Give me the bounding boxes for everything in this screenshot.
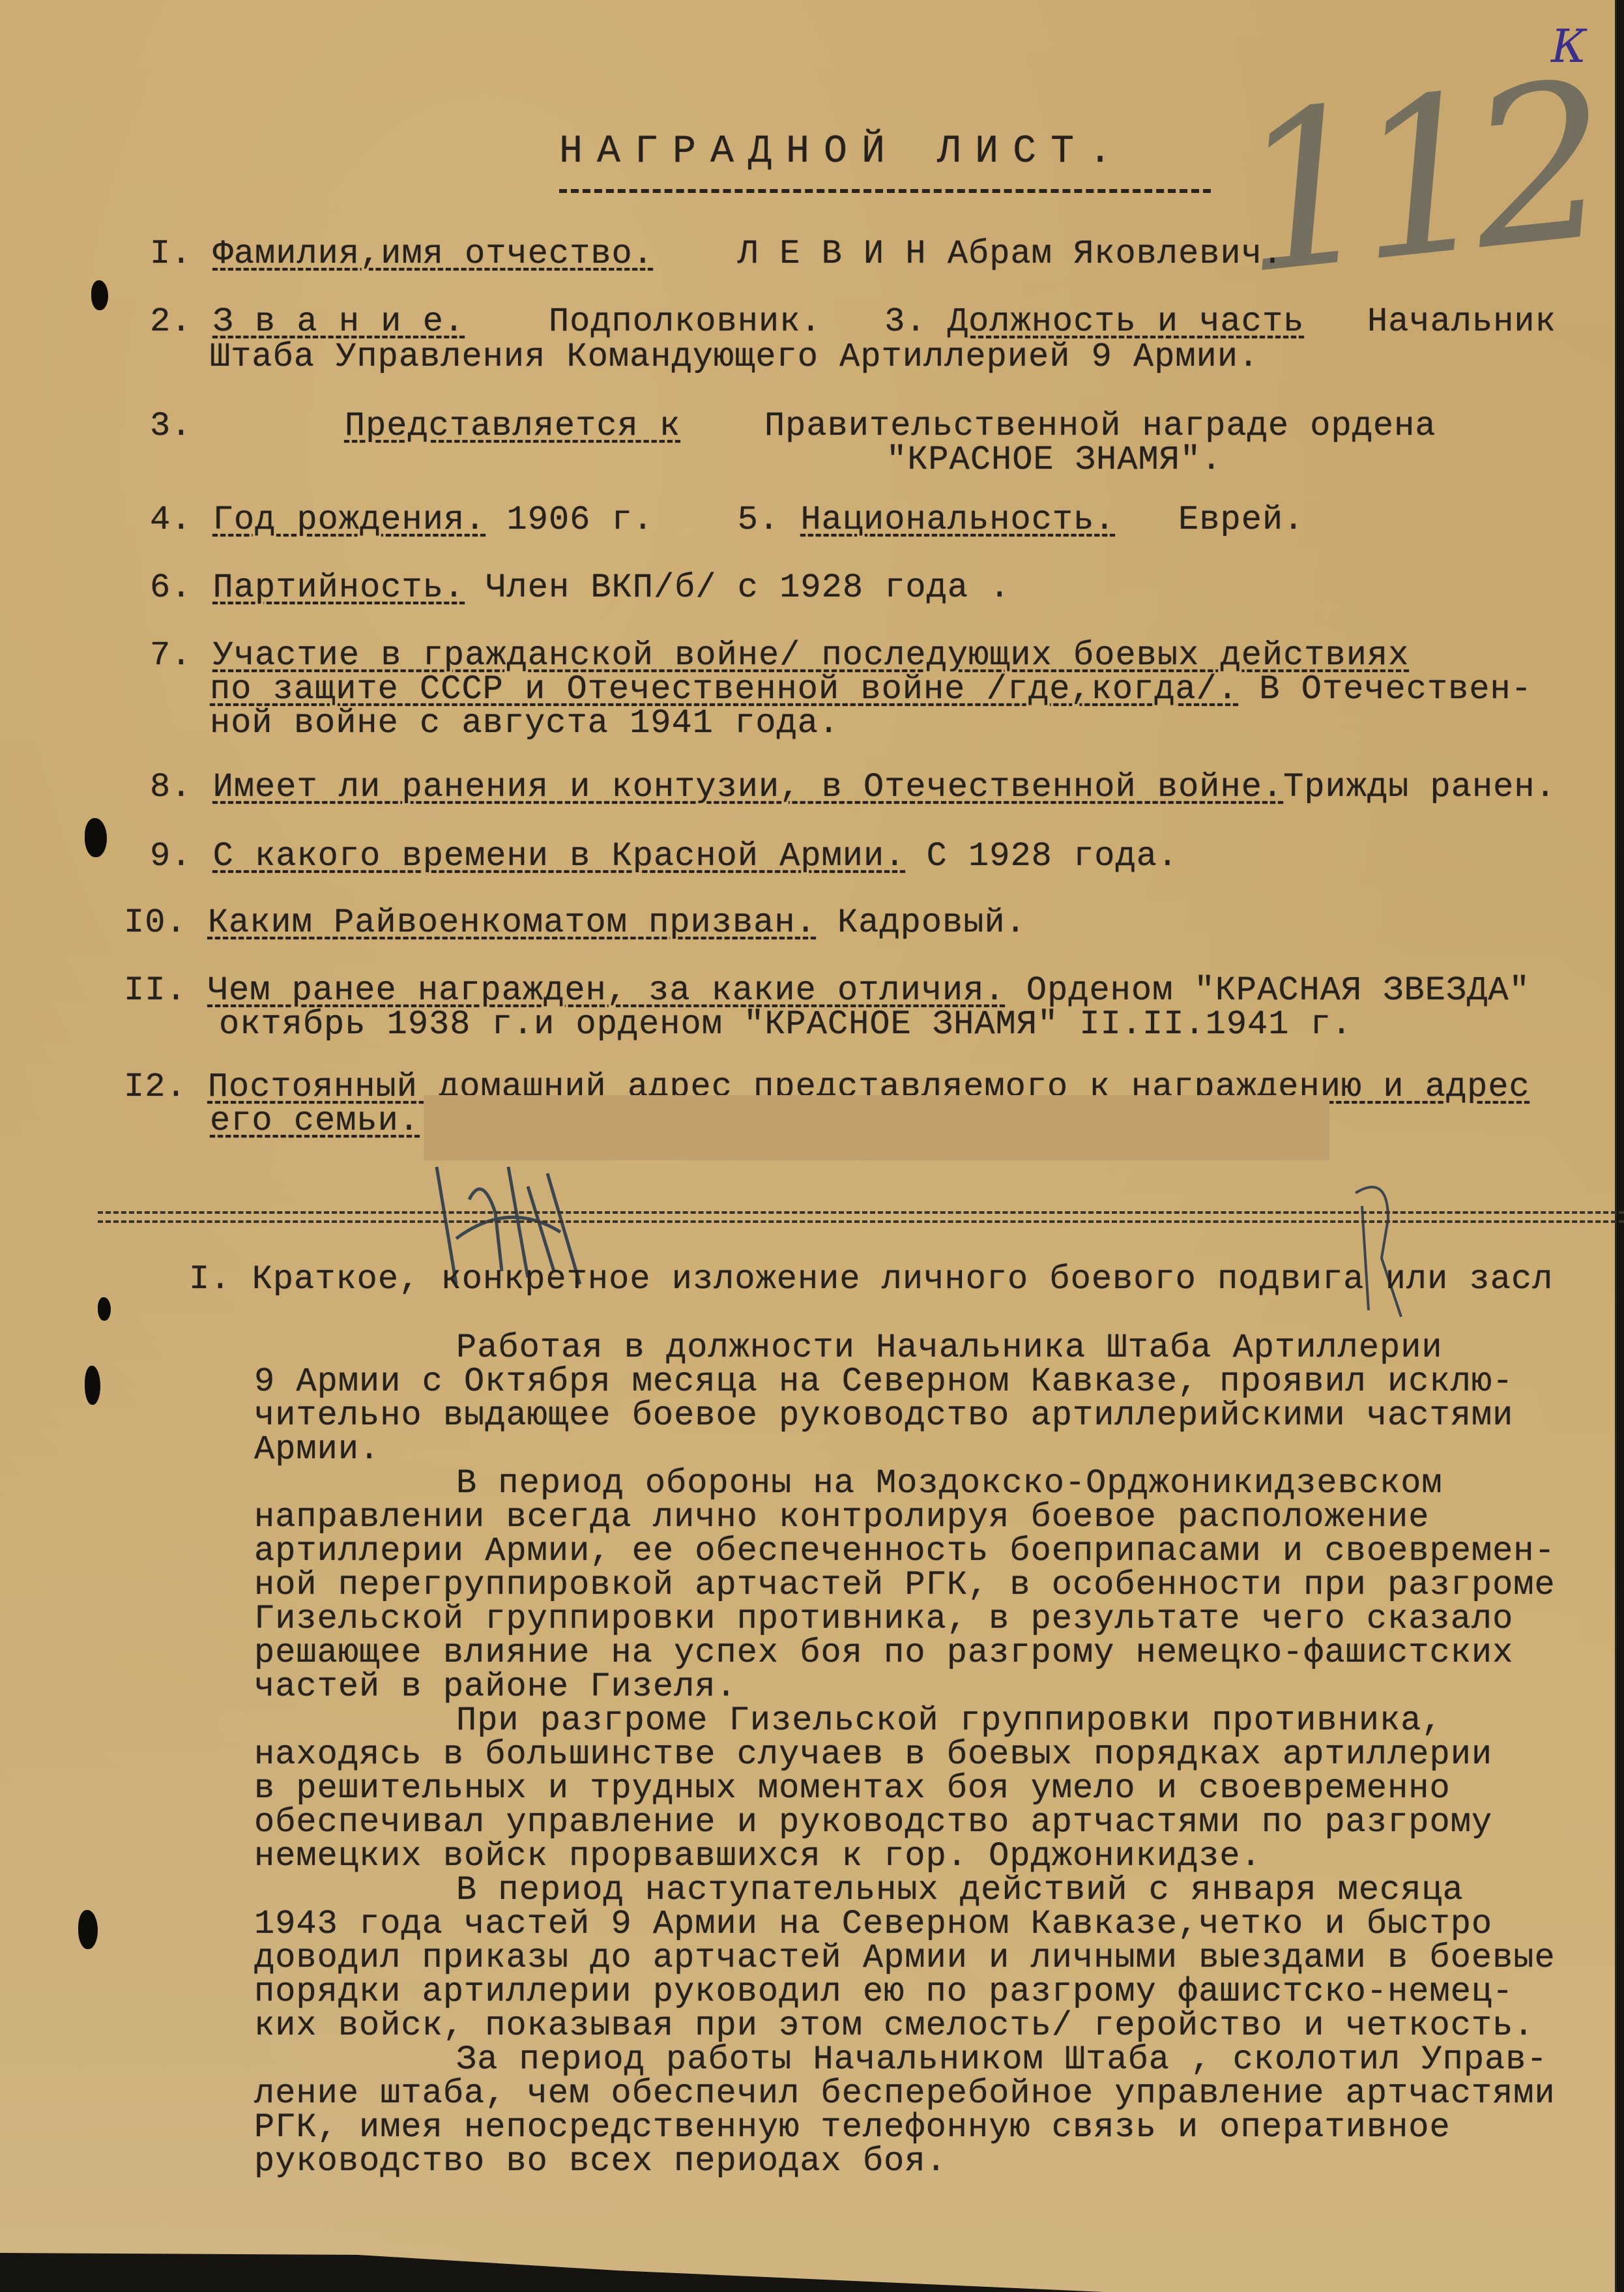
field-number: I0. — [124, 904, 187, 942]
paragraph-line: ких войск, показывая при этом смелость/ … — [254, 2008, 1535, 2044]
field-11-continuation: октябрь 1938 г.и орденом "КРАСНОЕ ЗНАМЯ"… — [219, 1006, 1352, 1043]
field-number: 7. — [150, 636, 192, 675]
binder-hole — [91, 280, 108, 310]
binder-hole — [85, 818, 107, 857]
field-1: I. Фамилия,имя отчество. Л Е В И Н Абрам… — [150, 236, 1283, 272]
field-label: Партийность. — [213, 568, 465, 607]
field-value: 1906 г. — [507, 501, 654, 539]
document-title: НАГРАДНОЙ ЛИСТ. — [559, 134, 1126, 170]
paragraph-line: направлении всегда лично контролируя бое… — [254, 1499, 1429, 1536]
field-value: Подполковник. — [549, 302, 822, 341]
paragraph-line: При разгроме Гизельской группировки прот… — [456, 1703, 1443, 1739]
signature-scribble-right — [1342, 1180, 1434, 1323]
field-number: 6. — [150, 568, 192, 607]
field-value: С 1928 года. — [927, 837, 1178, 875]
field-number: I2. — [124, 1068, 187, 1106]
field-7-line3: ной войне с августа 1941 года. — [210, 705, 839, 742]
title-underline — [559, 189, 1211, 193]
paragraph-line: Армии. — [254, 1432, 380, 1468]
paragraph-line: В период наступательных действий с январ… — [456, 1872, 1464, 1909]
section-heading-text: Краткое, конкретное изложение личного бо… — [252, 1260, 1554, 1299]
field-label: Чем ранее награжден, за какие отличия. — [208, 971, 1006, 1010]
field-value: Орденом "КРАСНАЯ ЗВЕЗДА" — [1026, 971, 1530, 1010]
paragraph-line: ление штаба, чем обеспечил бесперебойное… — [254, 2076, 1556, 2112]
field-number: 9. — [150, 837, 192, 875]
field-9: 9. С какого времени в Красной Армии. С 1… — [150, 838, 1178, 875]
paragraph-line: немецких войск прорвавшихся к гор. Орджо… — [254, 1838, 1262, 1875]
field-6: 6. Партийность. Член ВКП/б/ с 1928 года … — [150, 570, 1010, 606]
handwritten-sheet-number: 112 — [1228, 54, 1600, 305]
paragraph-line: В период обороны на Моздокско-Орджоникид… — [456, 1465, 1443, 1502]
field-7-line2: по защите СССР и Отечественной войне /гд… — [210, 671, 1532, 708]
field-4: 4. Год рождения. 1906 г. 5. Национальнос… — [150, 502, 1304, 538]
section-number: I. — [189, 1260, 231, 1299]
paragraph-line: находясь в большинстве случаев в боевых … — [254, 1737, 1492, 1773]
field-value: Л Е В И Н Абрам Яковлевич. — [738, 235, 1283, 273]
section-heading: I. Краткое, конкретное изложение личного… — [189, 1261, 1553, 1298]
field-label: Национальность. — [800, 501, 1115, 539]
field-number: 2. — [150, 302, 192, 341]
field-label: Участие в гражданской войне/ последующих… — [213, 636, 1410, 675]
field-value: Начальник — [1367, 302, 1556, 341]
field-label: Представляется к — [345, 407, 680, 445]
paragraph-line: За период работы Начальником Штаба , ско… — [456, 2042, 1548, 2078]
field-label: его семьи. — [210, 1102, 420, 1140]
paragraph-line: порядки артиллерии руководил ею по разгр… — [254, 1974, 1513, 2010]
field-value: Член ВКП/б/ с 1928 года . — [486, 568, 1010, 607]
paragraph-line: в решительных и трудных моментах боя уме… — [254, 1770, 1451, 1807]
paragraph-line: ной перегруппировкой артчастей РГК, в ос… — [254, 1567, 1556, 1604]
scan-edge-shadow — [0, 2253, 1624, 2292]
field-3: 3. Представляется к Правительственной на… — [150, 408, 1436, 445]
field-number: I. — [150, 235, 192, 273]
field-number: 5. — [738, 501, 779, 539]
award-sheet-page: К 112 НАГРАДНОЙ ЛИСТ. I. Фамилия,имя отч… — [0, 0, 1617, 2292]
field-number: 4. — [150, 501, 192, 539]
field-label: Каким Райвоенкоматом призван. — [208, 904, 817, 942]
field-label: З в а н и е. — [213, 302, 465, 341]
paragraph-line: 1943 года частей 9 Армии на Северном Кав… — [254, 1906, 1492, 1943]
field-2-continuation: Штаба Управления Командующего Артиллерие… — [210, 339, 1259, 375]
field-number: 3. — [884, 302, 926, 341]
field-3-continuation: "КРАСНОЕ ЗНАМЯ". — [886, 442, 1222, 478]
field-7: 7. Участие в гражданской войне/ последую… — [150, 638, 1409, 674]
field-value: Правительственной награде ордена — [764, 407, 1436, 445]
field-label: Год рождения. — [213, 501, 486, 539]
paragraph-line: частей в районе Гизеля. — [254, 1669, 737, 1705]
field-label: С какого времени в Красной Армии. — [213, 837, 906, 875]
field-2: 2. З в а н и е. Подполковник. 3. Должнос… — [150, 304, 1556, 340]
field-label: Фамилия,имя отчество. — [213, 235, 654, 273]
binder-hole — [78, 1910, 98, 1949]
section-divider — [98, 1211, 1624, 1223]
binder-hole — [98, 1297, 111, 1321]
field-10: I0. Каким Райвоенкоматом призван. Кадров… — [124, 905, 1026, 941]
field-11: II. Чем ранее награжден, за какие отличи… — [124, 973, 1530, 1009]
field-value: Трижды ранен. — [1283, 768, 1556, 806]
paragraph-line: Работая в должности Начальника Штаба Арт… — [456, 1330, 1443, 1366]
paragraph-line: чительно выдающее боевое руководство арт… — [254, 1398, 1513, 1434]
redacted-address-block — [424, 1095, 1329, 1160]
field-value: В Отечествен- — [1259, 670, 1532, 709]
paragraph-line: 9 Армии с Октября месяца на Северном Кав… — [254, 1364, 1513, 1400]
field-12-line2: его семьи. — [210, 1103, 420, 1139]
field-label: Должность и часть — [948, 302, 1305, 341]
field-label: по защите СССР и Отечественной войне /гд… — [210, 670, 1238, 709]
field-8: 8. Имеет ли ранения и контузии, в Отечес… — [150, 769, 1556, 806]
paragraph-line: артиллерии Армии, ее обеспеченность боеп… — [254, 1533, 1556, 1570]
field-value: Еврей. — [1178, 501, 1304, 539]
field-label: Имеет ли ранения и контузии, в Отечестве… — [213, 768, 1283, 806]
field-number: 8. — [150, 768, 192, 806]
paragraph-line: Гизельской группировки противника, в рез… — [254, 1601, 1513, 1638]
binder-hole — [85, 1366, 100, 1405]
field-number: 3. — [150, 407, 192, 445]
paragraph-line: обеспечивал управление и руководство арт… — [254, 1804, 1492, 1841]
paragraph-line: РГК, имея непосредственную телефонную св… — [254, 2109, 1451, 2146]
field-value: Кадровый. — [837, 904, 1026, 942]
field-number: II. — [124, 971, 187, 1010]
paragraph-line: доводил приказы до артчастей Армии и лич… — [254, 1940, 1556, 1976]
paragraph-line: руководство во всех периодах боя. — [254, 2143, 947, 2180]
paragraph-line: решающее влияние на успех боя по разгром… — [254, 1635, 1513, 1671]
